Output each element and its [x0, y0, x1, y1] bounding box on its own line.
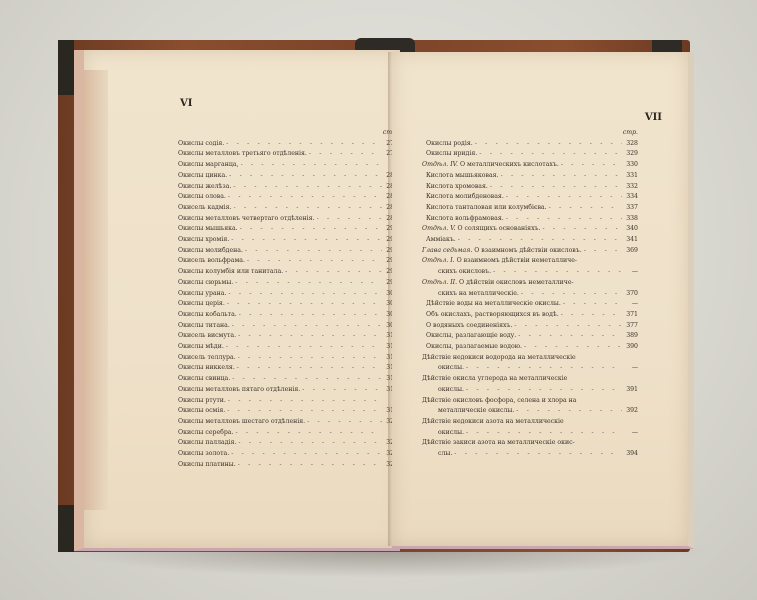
dot-leader	[233, 182, 382, 193]
dot-leader	[235, 428, 382, 439]
toc-entry: Окислы молибдена.293	[178, 246, 398, 257]
dot-leader	[524, 342, 622, 353]
toc-entry-title: Окислы цинка.	[178, 171, 227, 182]
toc-entry: Окислы металловъ четвертаго отдѣленія.28…	[178, 214, 398, 225]
toc-entry-title: Дѣйствіе недокиси водорода на металличес…	[422, 353, 576, 364]
toc-entry-title: Дѣйствіе недокиси азота на металлическіе	[422, 417, 564, 428]
toc-page-number: —	[624, 428, 638, 439]
toc-page-number: —	[624, 267, 638, 278]
toc-title-text: Окислы хромія.	[178, 236, 229, 243]
toc-title-text: Окисель кадмія.	[178, 204, 232, 211]
dot-leader	[238, 353, 382, 364]
toc-page-number: 394	[624, 449, 638, 460]
toc-page-number: 332	[624, 182, 638, 193]
dot-leader	[307, 417, 382, 428]
toc-title-text: Дѣйствіе окисла углерода на металлическі…	[422, 375, 567, 382]
toc-title-text: Окислы иридія.	[426, 150, 477, 157]
toc-title-text: Окислы урана.	[178, 290, 226, 297]
toc-entry-title: Окисель теллура.	[178, 353, 236, 364]
toc-entry-title: Кислота танталовая или колумбієва.	[426, 203, 547, 214]
dot-leader	[454, 449, 622, 460]
toc-title-text: О дѣйствіи окисловъ неметалличе-	[459, 279, 574, 286]
toc-page-number: —	[624, 299, 638, 310]
toc-entry-title: Дѣйствіе окисловъ фосфора, селена и хлор…	[422, 396, 576, 407]
toc-title-text: Окислы, разлагаемые водою.	[426, 343, 522, 350]
toc-entry-title: Окислы содія.	[178, 139, 224, 150]
toc-entry: Окислы урана.300	[178, 289, 398, 300]
toc-entry: Окислы кобальта.304	[178, 310, 398, 321]
toc-entry: Окислы палладія.324	[178, 438, 398, 449]
dot-leader	[563, 299, 622, 310]
dot-leader	[228, 289, 382, 300]
toc-title-text: Окислы металловъ шестаго отдѣленія.	[178, 418, 305, 425]
toc-section-label: Отдѣл. IV.	[422, 161, 458, 168]
left-page: VI стр. Окислы содія.273Окислы металловъ…	[74, 50, 400, 551]
toc-entry: Отдѣл. V. О солящихъ основаніяхъ.340	[422, 224, 638, 235]
toc-entry: Окислы титана.307	[178, 321, 398, 332]
toc-entry-continuation: окислы.—	[422, 428, 638, 439]
dot-leader	[285, 267, 382, 278]
toc-title-text: Окислы мѣди.	[178, 343, 224, 350]
toc-entry: Дѣйствіе окисла углерода на металлическі…	[422, 374, 638, 385]
toc-title-continuation: слы.	[438, 449, 452, 460]
dot-leader	[466, 428, 622, 439]
toc-title-text: Дѣйствіе недокиси водорода на металличес…	[422, 354, 576, 361]
toc-entry: Окислы содія.273	[178, 139, 398, 150]
dot-leader	[493, 267, 622, 278]
toc-title-text: Окислы серебра.	[178, 429, 233, 436]
toc-title-text: Аммiакъ.	[426, 236, 456, 243]
toc-section-label: Отдѣл. I.	[422, 257, 455, 264]
toc-entry-title: Окислы золота.	[178, 449, 229, 460]
toc-entry: Окислы золота.326	[178, 449, 398, 460]
toc-title-text: Окислы титана.	[178, 322, 230, 329]
toc-title-text: Дѣйствіе закиси азота на металлическіе о…	[422, 439, 575, 446]
toc-entry-title: Окислы олова.	[178, 192, 226, 203]
dot-leader	[232, 374, 382, 385]
toc-title-text: Окисель теллура.	[178, 354, 236, 361]
table-of-contents-right: стр. Окислы родія.328Окислы иридія.329От…	[422, 128, 638, 460]
toc-entry: Отдѣл. I. О взаимномъ дѣйствіи неметалли…	[422, 256, 638, 267]
toc-title-continuation: скихъ окисловъ.	[438, 267, 491, 278]
toc-title-text: Дѣйствіе воды на металлическіе окислы.	[426, 300, 561, 307]
toc-title-text: Дѣйствіе окисловъ фосфора, селена и хлор…	[422, 397, 576, 404]
toc-title-text: Окислы колумбія или танитала.	[178, 268, 283, 275]
toc-title-text: О водяныхъ соединеніяхъ.	[426, 322, 512, 329]
toc-title-continuation: окислы.	[438, 363, 464, 374]
toc-title-text: Объ окислахъ, растворяющихся въ водѣ.	[426, 311, 559, 318]
toc-entry: Окислы родія.328	[422, 139, 638, 150]
toc-title-text: Окислы олова.	[178, 193, 226, 200]
toc-title-text: Дѣйствіе недокиси азота на металлическіе	[422, 418, 564, 425]
toc-page-number: 330	[624, 160, 638, 171]
dot-leader	[479, 149, 622, 160]
page-column-header: стр.	[178, 128, 398, 139]
toc-entry-title: Кислота мышьяковая.	[426, 171, 499, 182]
toc-entry-title: Окислы серебра.	[178, 428, 233, 439]
dot-leader	[231, 235, 382, 246]
dot-leader	[549, 203, 622, 214]
toc-title-text: Окислы палладія.	[178, 439, 236, 446]
toc-entry: Окислы осмія.319	[178, 406, 398, 417]
toc-entry-title: Окислы марганца,	[178, 160, 239, 171]
toc-title-text: Окислы платины.	[178, 461, 236, 468]
toc-entry-title: Окислы палладія.	[178, 438, 236, 449]
toc-page-number: 371	[624, 310, 638, 321]
toc-entry-title: Окислы колумбія или танитала.	[178, 267, 283, 278]
toc-title-continuation: металлическіе окислы.	[438, 406, 514, 417]
toc-entry-title: Окислы хромія.	[178, 235, 229, 246]
toc-title-text: Окислы родія.	[426, 140, 473, 147]
toc-title-text: Кислота танталовая или колумбієва.	[426, 204, 547, 211]
toc-entry-title: Окислы металловъ пятаго отдѣленія.	[178, 385, 300, 396]
toc-entry: Кислота мышьяковая.331	[422, 171, 638, 182]
toc-entry-title: Окисель кадмія.	[178, 203, 232, 214]
toc-entry-title: Окислы мышьяка.	[178, 224, 238, 235]
toc-entry-title: Дѣйствіе закиси азота на металлическіе о…	[422, 438, 575, 449]
dot-leader	[240, 224, 382, 235]
dot-leader	[238, 331, 382, 342]
toc-entry: Окисель висмута.310	[178, 331, 398, 342]
toc-entry: Окислы металловъ пятаго отдѣленія.318	[178, 385, 398, 396]
toc-title-text: Окислы цинка.	[178, 172, 227, 179]
toc-entry: Дѣйствіе недокиси водорода на металличес…	[422, 353, 638, 364]
toc-page-number: 331	[624, 171, 638, 182]
dot-leader	[561, 310, 622, 321]
toc-entry-title: Окислы металловъ четвертаго отдѣленія.	[178, 214, 315, 225]
toc-entry-title: Окислы родія.	[426, 139, 473, 150]
toc-page-number: 370	[624, 289, 638, 300]
dot-leader	[227, 299, 382, 310]
toc-title-text: Окислы свинца.	[178, 375, 230, 382]
toc-entry-title: Отдѣл. V. О солящихъ основаніяхъ.	[422, 224, 540, 235]
toc-page-number: 334	[624, 192, 638, 203]
toc-entry-title: Объ окислахъ, растворяющихся въ водѣ.	[426, 310, 559, 321]
toc-entry-title: Отдѣл. I. О взаимномъ дѣйствіи неметалли…	[422, 256, 577, 267]
toc-entry-title: Окислы металловъ шестаго отдѣленія.	[178, 417, 305, 428]
toc-title-text: Окислы молибдена.	[178, 247, 243, 254]
toc-section-label: Отдѣл. V.	[422, 225, 456, 232]
toc-entry-title: Окислы церія.	[178, 299, 225, 310]
dot-leader	[238, 460, 382, 471]
toc-entry-title: Окислы ртути.	[178, 396, 226, 407]
dot-leader	[501, 171, 622, 182]
dot-leader	[302, 385, 382, 396]
toc-title-text: О солящихъ основаніяхъ.	[458, 225, 541, 232]
toc-entry-title: Кислота молибденовая.	[426, 192, 504, 203]
toc-entry: Окислы колумбія или танитала.296	[178, 267, 398, 278]
dot-leader	[226, 342, 382, 353]
toc-entry-title: Глава седьмая. О взаимномъ дѣйствіи окис…	[422, 246, 582, 257]
toc-entry: Окислы никкеля.314	[178, 363, 398, 374]
toc-entry: Окислы ртути.—	[178, 396, 398, 407]
dot-leader	[231, 449, 382, 460]
toc-entry: О водяныхъ соединеніяхъ.377	[422, 321, 638, 332]
toc-title-text: О взаимномъ дѣйствіи неметалличе-	[457, 257, 577, 264]
toc-title-text: Окислы золота.	[178, 450, 229, 457]
cover-corner-bottom-left	[58, 505, 74, 552]
toc-title-continuation: окислы.	[438, 428, 464, 439]
toc-entry: Отдѣл. II. О дѣйствіи окисловъ неметалли…	[422, 278, 638, 289]
dot-leader	[228, 192, 382, 203]
dot-leader	[237, 363, 382, 374]
dot-leader	[235, 278, 382, 289]
toc-page-number: 392	[624, 406, 638, 417]
toc-entry-title: Окислы металловъ третьяго отдѣленія.	[178, 149, 307, 160]
page-column-header: стр.	[422, 128, 638, 139]
dot-leader	[228, 396, 382, 407]
dot-leader	[238, 438, 382, 449]
toc-entry: Окислы, разлагающіе воду.389	[422, 331, 638, 342]
dot-leader	[229, 171, 382, 182]
toc-entry-title: Отдѣл. II. О дѣйствіи окисловъ неметалли…	[422, 278, 574, 289]
toc-page-number: 389	[624, 331, 638, 342]
toc-entry: Окислы хромія.291	[178, 235, 398, 246]
toc-section-label: Глава седьмая.	[422, 247, 472, 254]
toc-title-text: Окислы желѣза.	[178, 183, 231, 190]
dot-leader	[234, 203, 383, 214]
toc-entry: Окислы мышьяка.290	[178, 224, 398, 235]
toc-entry-title: Окислы никкеля.	[178, 363, 235, 374]
toc-title-text: Кислота вольфрамовая.	[426, 215, 504, 222]
toc-entry: Дѣйствіе окисловъ фосфора, селена и хлор…	[422, 396, 638, 407]
toc-page-number: 329	[624, 149, 638, 160]
toc-entry: Отдѣл. IV. О металлическихъ кислотахъ.33…	[422, 160, 638, 171]
toc-entry-title: Окислы платины.	[178, 460, 236, 471]
toc-entry-continuation: окислы.—	[422, 363, 638, 374]
toc-entry: Окислы иридія.329	[422, 149, 638, 160]
toc-entry-title: Окислы урана.	[178, 289, 226, 300]
dot-leader	[309, 149, 382, 160]
toc-entry: Окисель теллура.313	[178, 353, 398, 364]
toc-entry-title: Окислы свинца.	[178, 374, 230, 385]
toc-entry: Кислота танталовая или колумбієва.337	[422, 203, 638, 214]
toc-entry: Окислы металловъ шестаго отдѣленія.323	[178, 417, 398, 428]
dot-leader	[490, 182, 622, 193]
dot-leader	[584, 246, 622, 257]
toc-title-text: Кислота хромовая.	[426, 183, 488, 190]
dot-leader	[506, 192, 622, 203]
toc-entry: Окислы серебра.—	[178, 428, 398, 439]
toc-section-label: Отдѣл. II.	[422, 279, 457, 286]
toc-entry: Окислы марганца,—	[178, 160, 398, 171]
toc-entry: Аммiакъ.341	[422, 235, 638, 246]
toc-title-text: О металлическихъ кислотахъ.	[460, 161, 559, 168]
toc-entry: Кислота хромовая.332	[422, 182, 638, 193]
toc-title-text: Окислы никкеля.	[178, 364, 235, 371]
toc-entry-title: Окислы титана.	[178, 321, 230, 332]
toc-entry-continuation: скихъ на металлическіе.370	[422, 289, 638, 300]
toc-title-text: Окисель висмута.	[178, 332, 236, 339]
dot-leader	[226, 139, 382, 150]
dot-leader	[506, 214, 622, 225]
cover-corner-top-left	[58, 40, 74, 95]
toc-entry-continuation: слы.394	[422, 449, 638, 460]
toc-page-number: 338	[624, 214, 638, 225]
toc-page-number: 340	[624, 224, 638, 235]
toc-page-number: 390	[624, 342, 638, 353]
toc-entry: Окислы церія.302	[178, 299, 398, 310]
dot-leader	[227, 406, 382, 417]
toc-entry-continuation: окислы.391	[422, 385, 638, 396]
toc-title-text: Кислота мышьяковая.	[426, 172, 499, 179]
toc-title-text: Окислы металловъ четвертаго отдѣленія.	[178, 215, 315, 222]
dot-leader	[521, 289, 622, 300]
toc-entry-continuation: металлическіе окислы.392	[422, 406, 638, 417]
toc-page-number: 328	[624, 139, 638, 150]
table-of-contents-left: стр. Окислы содія.273Окислы металловъ тр…	[178, 128, 398, 471]
toc-entry-title: Окислы осмія.	[178, 406, 225, 417]
toc-entry: Кислота вольфрамовая.338	[422, 214, 638, 225]
toc-entry: Дѣйствіе воды на металлическіе окислы.—	[422, 299, 638, 310]
dot-leader	[458, 235, 622, 246]
toc-entry-title: О водяныхъ соединеніяхъ.	[426, 321, 512, 332]
toc-entry: Объ окислахъ, растворяющихся въ водѣ.371	[422, 310, 638, 321]
toc-page-number: 391	[624, 385, 638, 396]
toc-entry: Глава седьмая. О взаимномъ дѣйствіи окис…	[422, 246, 638, 257]
toc-title-text: Окислы ртути.	[178, 397, 226, 404]
toc-entry-title: Кислота хромовая.	[426, 182, 488, 193]
toc-page-number: 341	[624, 235, 638, 246]
toc-title-text: Окислы сюрьмы.	[178, 279, 233, 286]
book-shadow	[58, 548, 708, 578]
toc-entry: Окисель вольфрама.295	[178, 256, 398, 267]
toc-entry: Окислы платины.327	[178, 460, 398, 471]
toc-page-number: 369	[624, 246, 638, 257]
toc-page-number: 377	[624, 321, 638, 332]
dot-leader	[518, 331, 622, 342]
toc-entry: Окислы металловъ третьяго отдѣленія.275	[178, 149, 398, 160]
toc-title-text: Окислы осмія.	[178, 407, 225, 414]
toc-title-continuation: скихъ на металлическіе.	[438, 289, 519, 300]
dot-leader	[516, 406, 622, 417]
toc-title-text: О взаимномъ дѣйствіи окисловъ.	[474, 247, 581, 254]
toc-entry-title: Окисель висмута.	[178, 331, 236, 342]
toc-entry-title: Отдѣл. IV. О металлическихъ кислотахъ.	[422, 160, 559, 171]
toc-title-text: Окислы металловъ пятаго отдѣленія.	[178, 386, 300, 393]
dot-leader	[561, 160, 622, 171]
toc-entry: Окисель кадмія.288	[178, 203, 398, 214]
toc-entry: Окислы желѣза.283	[178, 182, 398, 193]
toc-entry-title: Кислота вольфрамовая.	[426, 214, 504, 225]
toc-title-continuation: окислы.	[438, 385, 464, 396]
toc-entry-title: Окислы желѣза.	[178, 182, 231, 193]
toc-entry-title: Окислы иридія.	[426, 149, 477, 160]
toc-entry-title: Окисель вольфрама.	[178, 256, 245, 267]
dot-leader	[247, 256, 382, 267]
dot-leader	[241, 160, 382, 171]
dot-leader	[542, 224, 622, 235]
toc-entry-title: Дѣйствіе окисла углерода на металлическі…	[422, 374, 567, 385]
toc-entry-title: Аммiакъ.	[426, 235, 456, 246]
toc-entry-title: Окислы сюрьмы.	[178, 278, 233, 289]
toc-title-text: Кислота молибденовая.	[426, 193, 504, 200]
toc-entry: Кислота молибденовая.334	[422, 192, 638, 203]
toc-title-text: Окислы мышьяка.	[178, 225, 238, 232]
dot-leader	[475, 139, 622, 150]
toc-title-text: Окислы марганца,	[178, 161, 239, 168]
toc-title-text: Окислы церія.	[178, 300, 225, 307]
toc-title-text: Окислы кобальта.	[178, 311, 237, 318]
toc-entry: Дѣйствіе недокиси азота на металлическіе	[422, 417, 638, 428]
toc-entry-title: Окислы кобальта.	[178, 310, 237, 321]
dot-leader	[239, 310, 382, 321]
toc-entry-title: Дѣйствіе воды на металлическіе окислы.	[426, 299, 561, 310]
toc-entry: Окислы свинца.315	[178, 374, 398, 385]
dot-leader	[232, 321, 382, 332]
toc-title-text: Окислы, разлагающіе воду.	[426, 332, 516, 339]
toc-title-text: Окислы содія.	[178, 140, 224, 147]
dot-leader	[317, 214, 383, 225]
toc-entry: Дѣйствіе закиси азота на металлическіе о…	[422, 438, 638, 449]
toc-page-number: 337	[624, 203, 638, 214]
toc-title-text: Окислы металловъ третьяго отдѣленія.	[178, 150, 307, 157]
toc-entry-continuation: скихъ окисловъ.—	[422, 267, 638, 278]
toc-entry-title: Окислы молибдена.	[178, 246, 243, 257]
dot-leader	[466, 363, 622, 374]
toc-page-number: —	[624, 363, 638, 374]
dot-leader	[466, 385, 622, 396]
toc-entry: Окислы мѣди.311	[178, 342, 398, 353]
toc-entry: Окислы сюрьмы.297	[178, 278, 398, 289]
toc-title-text: Окисель вольфрама.	[178, 257, 245, 264]
toc-entry: Окислы, разлагаемые водою.390	[422, 342, 638, 353]
page-edge-layers	[84, 70, 108, 510]
toc-entry: Окислы олова.287	[178, 192, 398, 203]
toc-entry: Окислы цинка.280	[178, 171, 398, 182]
right-page: VII стр. Окислы родія.328Окислы иридія.3…	[392, 52, 694, 549]
dot-leader	[514, 321, 622, 332]
page-number-right: VII	[645, 112, 662, 123]
toc-entry-title: Окислы, разлагающіе воду.	[426, 331, 516, 342]
toc-entry-title: Окислы, разлагаемые водою.	[426, 342, 522, 353]
page-number-left: VI	[180, 98, 192, 109]
dot-leader	[245, 246, 382, 257]
toc-entry-title: Окислы мѣди.	[178, 342, 224, 353]
